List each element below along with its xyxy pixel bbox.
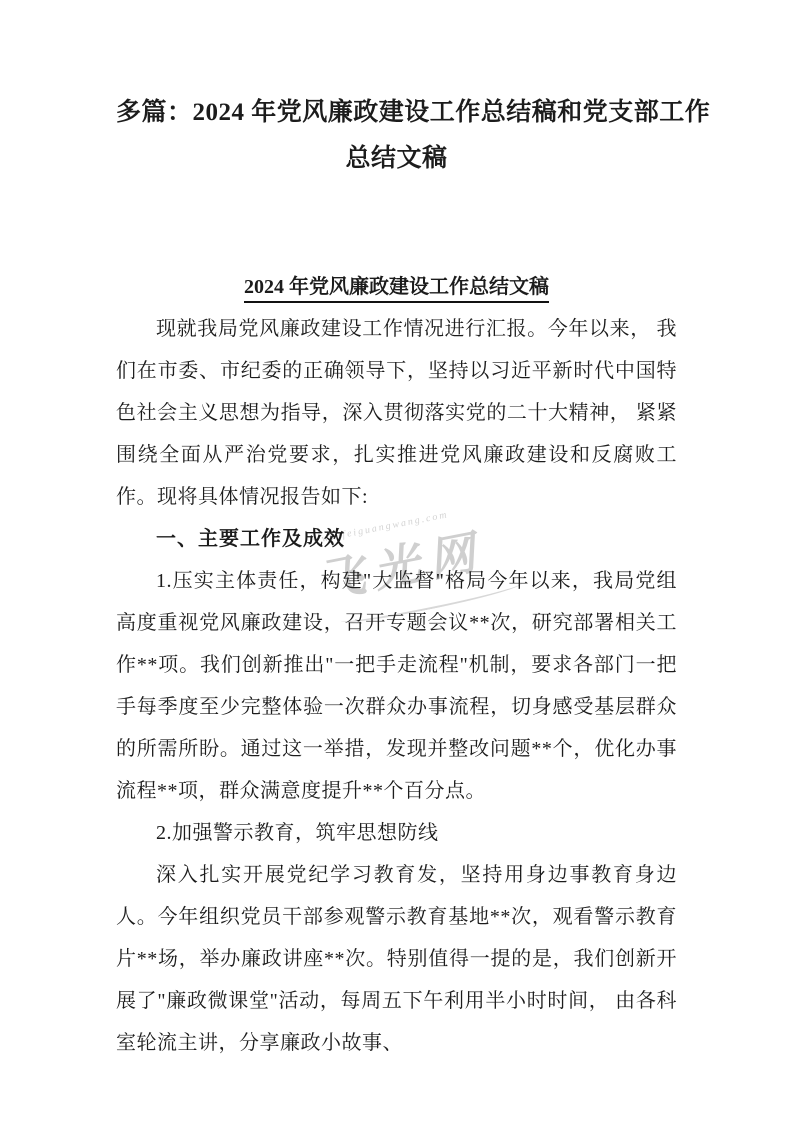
- document-title-line1: 多篇：2024 年党风廉政建设工作总结稿和党支部工作: [116, 90, 677, 136]
- subsection-heading-2: 2.加强警示教育，筑牢思想防线: [116, 812, 677, 854]
- paragraph-point-1: 1.压实主体责任，构建"大监督"格局今年以来，我局党组高度重视党风廉政建设，召开…: [116, 560, 677, 812]
- subsection-heading-1: 一、主要工作及成效: [116, 518, 677, 560]
- document-body: 现就我局党风廉政建设工作情况进行汇报。今年以来， 我们在市委、市纪委的正确领导下…: [116, 308, 677, 1064]
- document-title: 多篇：2024 年党风廉政建设工作总结稿和党支部工作 总结文稿: [116, 90, 677, 182]
- section-heading-text: 2024 年党风廉政建设工作总结文稿: [244, 274, 549, 303]
- document-page: www.feiguangwang.com 飞光网 多篇：2024 年党风廉政建设…: [0, 0, 793, 1122]
- document-title-line2: 总结文稿: [116, 136, 677, 182]
- section-heading: 2024 年党风廉政建设工作总结文稿: [116, 266, 677, 308]
- paragraph-intro: 现就我局党风廉政建设工作情况进行汇报。今年以来， 我们在市委、市纪委的正确领导下…: [116, 308, 677, 518]
- paragraph-point-2: 深入扎实开展党纪学习教育发，坚持用身边事教育身边人。今年组织党员干部参观警示教育…: [116, 854, 677, 1064]
